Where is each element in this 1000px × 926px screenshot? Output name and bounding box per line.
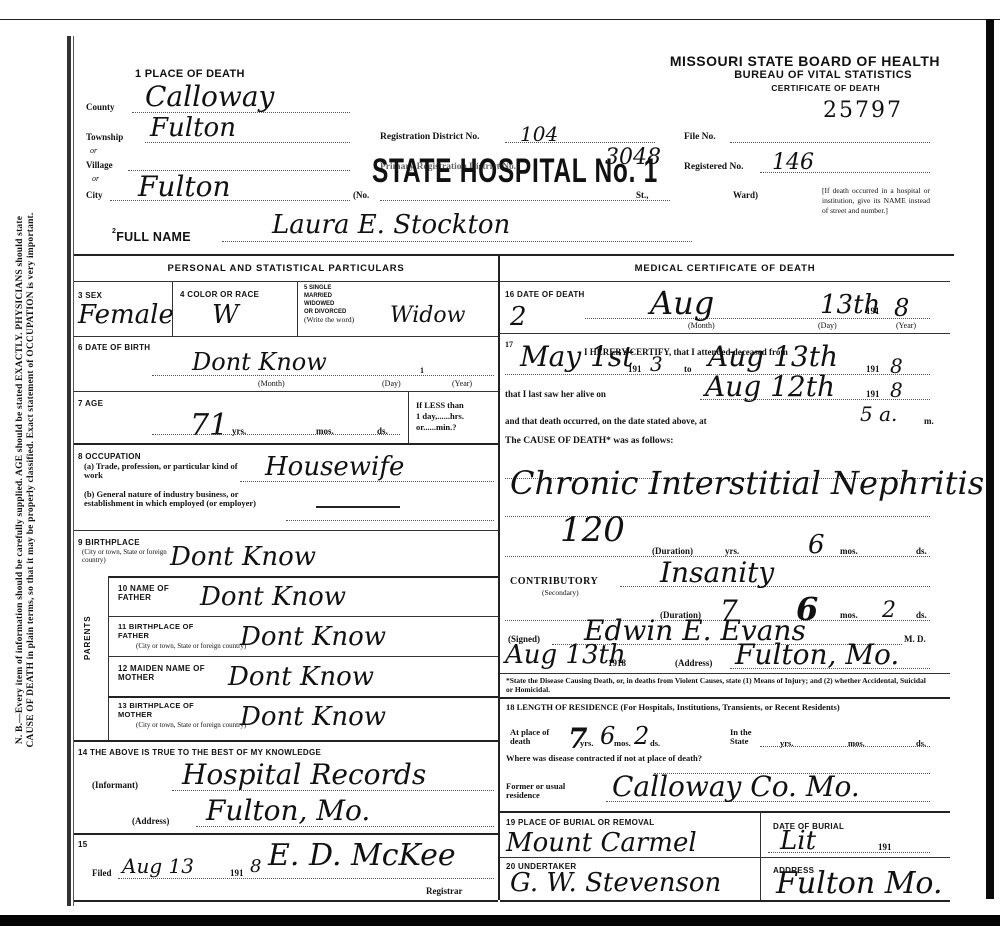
bureau-title: BUREAU OF VITAL STATISTICS — [560, 69, 940, 81]
age-value[interactable]: 71 — [190, 408, 228, 443]
side-instruction-note: N. B.—Every item of information should b… — [6, 60, 46, 900]
dob-year-prefix: 1 — [420, 366, 424, 375]
registration-district-label: Registration District No. — [380, 132, 479, 142]
ward-label: Ward) — [733, 190, 758, 200]
state-yrs-label: yrs. — [780, 738, 793, 748]
file-no-label: File No. — [684, 132, 716, 142]
street-label: St., — [636, 190, 649, 200]
cause-footnote: *State the Disease Causing Death, or, in… — [506, 676, 930, 694]
time-suffix: m. — [924, 416, 934, 426]
last-saw-year-prefix: 191 — [866, 389, 880, 399]
dob-value[interactable]: Dont Know — [192, 348, 327, 376]
county-label: County — [86, 102, 115, 112]
age-label: 7 AGE — [78, 399, 103, 408]
physician-address-value[interactable]: Fulton, Mo. — [735, 638, 899, 671]
death-occurred-label: and that death occurred, on the date sta… — [505, 416, 707, 426]
burial-year-prefix: 191 — [878, 842, 892, 852]
dob-day-label: (Day) — [382, 379, 401, 388]
mother-birthplace-value[interactable]: Dont Know — [240, 702, 386, 732]
contrib-duration-days[interactable]: 2 — [882, 598, 896, 623]
duration-months[interactable]: 6 — [808, 530, 825, 560]
from-year-prefix: 191 — [628, 364, 642, 374]
filed-date-value[interactable]: Aug 13 — [122, 854, 194, 878]
rule — [74, 833, 498, 835]
filed-line — [118, 878, 494, 879]
rule — [74, 336, 498, 337]
main-table-top-rule — [74, 254, 954, 256]
village-label: Village — [86, 160, 113, 170]
cause-of-death-value[interactable]: Chronic Interstitial Nephritis — [510, 464, 984, 502]
rule — [500, 900, 950, 902]
last-saw-label: that I last saw her alive on — [505, 389, 606, 399]
mother-maiden-name-value[interactable]: Dont Know — [228, 662, 374, 692]
mother-maiden-name-label: 12 MAIDEN NAME OF MOTHER — [118, 664, 208, 682]
scan-bottom-border — [0, 915, 1000, 926]
rule — [74, 530, 498, 531]
secondary-label: (Secondary) — [542, 588, 579, 597]
column-divider — [498, 254, 500, 900]
marital-label: 5 SINGLE MARRIED WIDOWED OR DIVORCED (Wr… — [304, 284, 354, 324]
form-left-border-inner — [73, 36, 74, 906]
less-than-label: If LESS than — [416, 400, 464, 411]
duration-ds-label: ds. — [916, 546, 927, 556]
state-ds-label: ds. — [916, 738, 926, 748]
marital-instruction: (Write the word) — [304, 316, 354, 324]
file-no-line — [730, 142, 930, 143]
township-label: Township — [86, 132, 123, 142]
contributory-label: CONTRIBUTORY — [510, 576, 598, 587]
rule — [500, 281, 950, 282]
rule — [74, 740, 498, 742]
mother-birthplace-label: 13 BIRTHPLACE OF MOTHER — [118, 702, 198, 719]
physician-address-label: (Address) — [675, 658, 712, 668]
attended-from-year[interactable]: 3 — [650, 352, 663, 376]
signature-year: 1918 — [608, 658, 626, 668]
age-mos-label: mos. — [316, 426, 334, 436]
contributory-value[interactable]: Insanity — [660, 556, 774, 589]
former-residence-label: Former or usual residence — [506, 782, 566, 800]
rule — [74, 900, 498, 902]
rule — [108, 576, 498, 578]
dob-label: 6 DATE OF BIRTH — [78, 343, 150, 352]
filed-year-value[interactable]: 8 — [250, 856, 261, 877]
form-left-border — [67, 36, 71, 906]
birthplace-value[interactable]: Dont Know — [170, 542, 316, 572]
burial-date-value[interactable]: Lit — [780, 826, 816, 856]
state-mos-label: mos. — [848, 738, 865, 748]
rule — [297, 282, 298, 336]
occupation-label: 8 OCCUPATION — [78, 452, 141, 461]
occupation-a-label: (a) Trade, profession, or particular kin… — [84, 462, 244, 480]
marital-value[interactable]: Widow — [390, 303, 465, 328]
contrib-mos-label: mos. — [840, 610, 858, 620]
informant-address-label: (Address) — [132, 816, 169, 826]
informant-statement-label: 14 THE ABOVE IS TRUE TO THE BEST OF MY K… — [78, 748, 321, 757]
or-label: or — [92, 174, 99, 183]
contrib-ds-label: ds. — [916, 610, 927, 620]
sex-label: 3 SEX — [78, 291, 102, 300]
duration-label: (Duration) — [652, 546, 693, 556]
township-value[interactable]: Fulton — [150, 113, 236, 143]
year-label: (Year) — [896, 321, 916, 330]
parents-divider — [108, 576, 109, 741]
board-title: MISSOURI STATE BOARD OF HEALTH — [560, 53, 940, 69]
medical-section-title: MEDICAL CERTIFICATE OF DEATH — [500, 263, 950, 274]
rule — [108, 656, 498, 657]
rule — [500, 811, 950, 813]
duration-yrs-label: yrs. — [725, 546, 739, 556]
registrar-signature[interactable]: E. D. McKee — [268, 838, 456, 873]
city-value[interactable]: Fulton — [138, 170, 231, 203]
dob-year-label: (Year) — [452, 379, 472, 388]
full-name-label: FULL NAME — [116, 230, 191, 244]
occupation-value[interactable]: Housewife — [265, 452, 404, 482]
place-of-death-label: 1 PLACE OF DEATH — [135, 68, 245, 80]
cause-of-death-label: The CAUSE OF DEATH* was as follows: — [505, 436, 673, 446]
registration-district-value[interactable]: 104 — [520, 122, 558, 146]
date-of-death-year-prefix: 191 — [866, 306, 880, 316]
father-name-value[interactable]: Dont Know — [200, 582, 346, 612]
personal-section-title: PERSONAL AND STATISTICAL PARTICULARS — [74, 263, 498, 274]
at-place-of-death-label: At place of death — [510, 728, 560, 746]
father-birthplace-value[interactable]: Dont Know — [240, 622, 386, 652]
date-of-death-note: 2 — [510, 302, 527, 332]
occupation-b-label: (b) General nature of industry business,… — [84, 490, 284, 508]
to-year-prefix: 191 — [866, 364, 880, 374]
state-hospital-stamp: STATE HOSPITAL No. 1 — [372, 152, 658, 191]
marital-option-single: 5 SINGLE — [304, 284, 354, 292]
filed-year-prefix: 191 — [230, 868, 244, 878]
father-name-label: 10 NAME OF FATHER — [118, 584, 188, 602]
race-label: 4 COLOR OR RACE — [180, 290, 259, 299]
side-note-line-2: CAUSE OF DEATH in plain terms, so that i… — [26, 70, 37, 890]
rule — [500, 697, 950, 699]
last-saw-year[interactable]: 8 — [890, 378, 903, 402]
street-line — [380, 200, 670, 201]
less-than-day-block: If LESS than 1 day,......hrs. or......mi… — [416, 400, 464, 433]
date-of-death-year[interactable]: 8 — [894, 294, 909, 322]
date-of-death-label: 16 DATE OF DEATH — [505, 290, 585, 299]
dob-line — [152, 375, 494, 376]
burial-place-label: 19 PLACE OF BURIAL OR REMOVAL — [506, 818, 654, 827]
cause-code: 120 — [560, 510, 625, 550]
rule — [760, 812, 761, 900]
city-label: City — [86, 190, 103, 200]
residence-months[interactable]: 6 — [600, 722, 615, 750]
certificate-label: CERTIFICATE OF DEATH — [560, 83, 940, 93]
rule — [500, 333, 950, 334]
informant-label: (Informant) — [92, 780, 138, 790]
county-value[interactable]: Calloway — [145, 80, 274, 113]
time-of-death[interactable]: 5 a. — [860, 402, 897, 426]
in-state-label: In the State — [730, 728, 770, 746]
father-birthplace-sublabel: (City or town, State or foreign country) — [136, 642, 246, 650]
birthplace-sublabel: (City or town, State or foreign country) — [82, 548, 172, 564]
certificate-number: 25797 — [823, 98, 903, 123]
informant-address-value[interactable]: Fulton, Mo. — [206, 794, 370, 827]
rule — [172, 282, 173, 336]
occupation-b-dash — [316, 506, 400, 508]
or-min-label: or......min.? — [416, 422, 464, 433]
registered-no-value[interactable]: 146 — [772, 150, 814, 175]
street-no-label: (No. — [353, 190, 369, 200]
hospital-instruction-note: [If death occurred in a hospital or inst… — [822, 186, 930, 216]
mother-birthplace-sublabel: (City or town, State or foreign country) — [136, 721, 246, 729]
rule — [500, 857, 950, 858]
race-value[interactable]: W — [212, 300, 239, 330]
to-label: to — [684, 364, 692, 374]
residence-mos-label: mos. — [614, 738, 631, 748]
md-label: M. D. — [904, 634, 926, 644]
parents-label: PARENTS — [83, 615, 92, 660]
registered-no-label: Registered No. — [684, 162, 743, 172]
attended-to-year[interactable]: 8 — [890, 354, 903, 378]
father-birthplace-label: 11 BIRTHPLACE OF FATHER — [118, 623, 198, 640]
residence-yrs-label: yrs. — [580, 738, 593, 748]
attended-from-date[interactable]: May 1st — [520, 340, 634, 373]
month-label: (Month) — [688, 321, 715, 330]
date-of-death-month[interactable]: Aug — [650, 284, 714, 322]
birthplace-label: 9 BIRTHPLACE — [78, 538, 140, 547]
attended-to-date[interactable]: Aug 13th — [708, 340, 838, 373]
filed-label: Filed — [92, 868, 112, 878]
marital-option-widowed: WIDOWED — [304, 300, 354, 308]
certificate-header: MISSOURI STATE BOARD OF HEALTH BUREAU OF… — [560, 53, 940, 93]
length-of-residence-label: 18 LENGTH OF RESIDENCE (For Hospitals, I… — [506, 702, 930, 712]
where-contracted-label: Where was disease contracted if not at p… — [506, 754, 706, 763]
full-name-label-group: 2FULL NAME — [112, 228, 191, 246]
rule — [74, 443, 498, 445]
age-yrs-label: yrs. — [232, 426, 246, 436]
certify-number: 17 — [505, 340, 513, 349]
rule — [74, 281, 498, 282]
rule — [408, 392, 409, 444]
burial-place-value[interactable]: Mount Carmel — [506, 828, 697, 858]
former-residence-value[interactable]: Calloway Co. Mo. — [612, 770, 860, 803]
scan-right-border — [986, 19, 994, 899]
residence-ds-label: ds. — [650, 738, 660, 748]
or-label: or — [90, 146, 97, 155]
rule — [108, 696, 498, 698]
dob-month-label: (Month) — [258, 379, 285, 388]
sex-value[interactable]: Female — [78, 300, 174, 330]
age-ds-label: ds. — [377, 426, 388, 436]
rule — [108, 616, 498, 617]
rule — [74, 391, 498, 392]
side-note-line-1: N. B.—Every item of information should b… — [15, 70, 26, 890]
one-day-label: 1 day,......hrs. — [416, 411, 464, 422]
filed-number: 15 — [78, 840, 88, 849]
rule — [500, 673, 950, 674]
scan-top-edge — [0, 19, 1000, 20]
duration-mos-label: mos. — [840, 546, 858, 556]
residence-days[interactable]: 2 — [634, 722, 649, 750]
full-name-line — [222, 241, 692, 242]
last-saw-date[interactable]: Aug 12th — [705, 370, 835, 403]
undertaker-value[interactable]: G. W. Stevenson — [510, 868, 721, 898]
undertaker-address-value[interactable]: Fulton Mo. — [776, 866, 943, 901]
registrar-label: Registrar — [426, 886, 462, 896]
day-label: (Day) — [818, 321, 837, 330]
full-name-value[interactable]: Laura E. Stockton — [272, 210, 510, 240]
informant-value[interactable]: Hospital Records — [182, 758, 426, 791]
occupation-b-line — [286, 520, 494, 521]
marital-option-married: MARRIED — [304, 292, 354, 300]
